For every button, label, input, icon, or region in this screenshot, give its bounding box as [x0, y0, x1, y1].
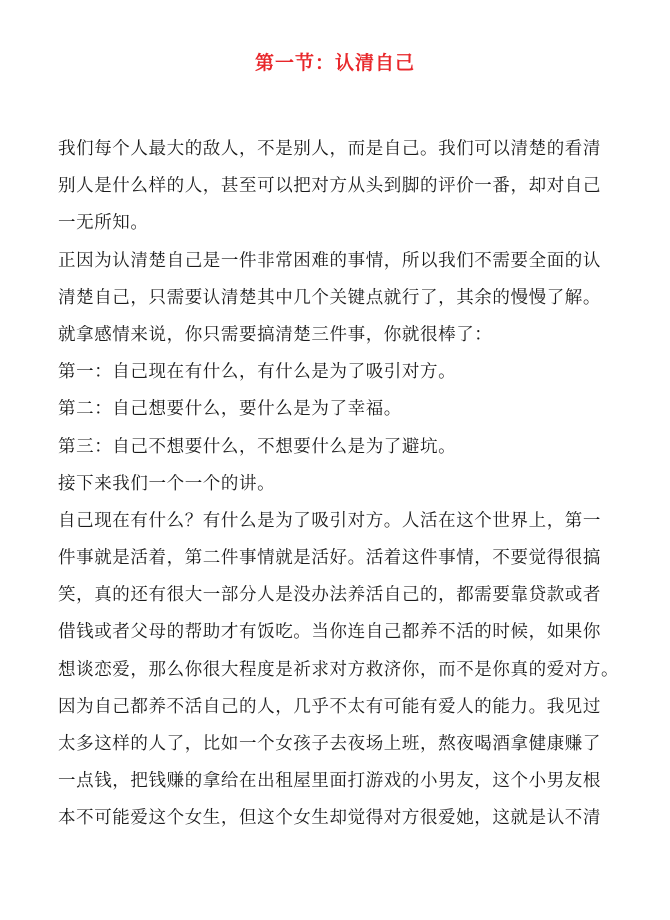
body-text: 我们每个人最大的敌人，不是别人，而是自己。我们可以清楚的看清 别人是什么样的人，… — [58, 131, 618, 838]
text-line: 因为自己都养不活自己的人，几乎不太有可能有爱人的能力。我见过 — [58, 689, 618, 726]
text-line: 件事就是活着，第二件事情就是活好。活着这件事情，不要觉得很搞 — [58, 540, 618, 577]
document-page: 第一节：认清自己 我们每个人最大的敌人，不是别人，而是自己。我们可以清楚的看清 … — [0, 0, 670, 920]
text-line: 自己现在有什么？有什么是为了吸引对方。人活在这个世界上，第一 — [58, 503, 618, 540]
text-line: 正因为认清楚自己是一件非常困难的事情，所以我们不需要全面的认 — [58, 243, 618, 280]
text-line: 别人是什么样的人，甚至可以把对方从头到脚的评价一番，却对自己 — [58, 168, 618, 205]
text-line: 就拿感情来说，你只需要搞清楚三件事，你就很棒了： — [58, 317, 618, 354]
section-title: 第一节：认清自己 — [0, 50, 670, 76]
text-line: 第三：自己不想要什么，不想要什么是为了避坑。 — [58, 429, 618, 466]
text-line: 接下来我们一个一个的讲。 — [58, 466, 618, 503]
text-line: 太多这样的人了，比如一个女孩子去夜场上班，熬夜喝酒拿健康赚了 — [58, 726, 618, 763]
text-line: 我们每个人最大的敌人，不是别人，而是自己。我们可以清楚的看清 — [58, 131, 618, 168]
text-line: 第一：自己现在有什么，有什么是为了吸引对方。 — [58, 354, 618, 391]
text-line: 借钱或者父母的帮助才有饭吃。当你连自己都养不活的时候，如果你 — [58, 614, 618, 651]
text-line: 清楚自己，只需要认清楚其中几个关键点就行了，其余的慢慢了解。 — [58, 280, 618, 317]
text-line: 一点钱，把钱赚的拿给在出租屋里面打游戏的小男友，这个小男友根 — [58, 763, 618, 800]
text-line: 本不可能爱这个女生，但这个女生却觉得对方很爱她，这就是认不清 — [58, 800, 618, 837]
text-line: 第二：自己想要什么，要什么是为了幸福。 — [58, 391, 618, 428]
text-line: 想谈恋爱，那么你很大程度是祈求对方救济你，而不是你真的爱对方。 — [58, 652, 618, 689]
text-line: 一无所知。 — [58, 205, 618, 242]
text-line: 笑，真的还有很大一部分人是没办法养活自己的，都需要靠贷款或者 — [58, 577, 618, 614]
